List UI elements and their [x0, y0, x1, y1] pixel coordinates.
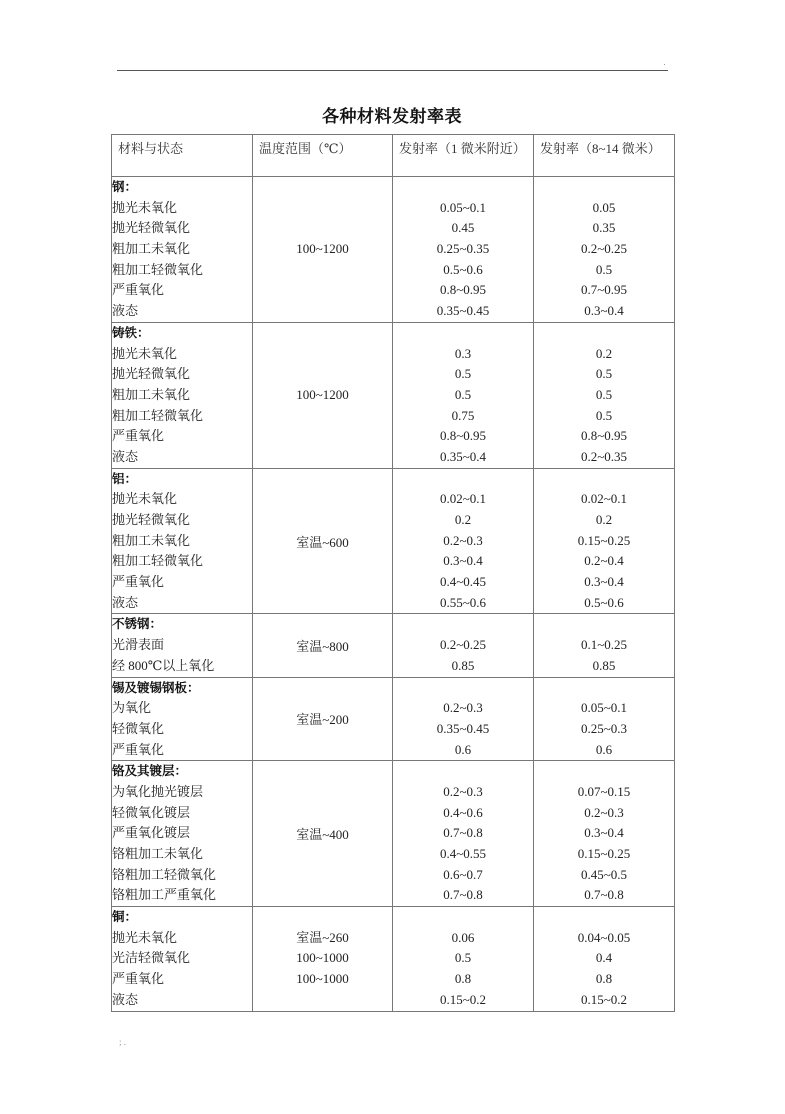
- material-group-row: 铸铁：抛光未氧化抛光轻微氧化粗加工未氧化粗加工轻微氧化严重氧化液态100~120…: [112, 322, 675, 468]
- emissivity-8-14um-value: 0.6: [534, 740, 674, 761]
- temperature-range: 100~1200: [253, 387, 392, 403]
- emissivity-8-14um-value: 0.3~0.4: [534, 301, 674, 322]
- spacer: [534, 761, 674, 782]
- emissivity-8-14um-value: 0.25~0.3: [534, 719, 674, 740]
- temperature-cell: 室温~600: [253, 468, 393, 614]
- temperature-range: 100~1000: [253, 969, 392, 990]
- material-state: 液态: [112, 593, 252, 614]
- material-state: 粗加工未氧化: [112, 239, 252, 260]
- material-state: 液态: [112, 447, 252, 468]
- material-state: 粗加工轻微氧化: [112, 406, 252, 427]
- spacer: [393, 907, 533, 928]
- spacer: [253, 907, 392, 928]
- material-state: 为氧化抛光镀层: [112, 782, 252, 803]
- emissivity-1um-value: 0.8: [393, 969, 533, 990]
- spacer: [393, 761, 533, 782]
- emissivity-1um-value: 0.2~0.25: [393, 635, 533, 656]
- emissivity-1um-value: 0.55~0.6: [393, 593, 533, 614]
- emissivity-8-14um-value: 0.2~0.4: [534, 551, 674, 572]
- material-state: 粗加工轻微氧化: [112, 260, 252, 281]
- emissivity-1um-value: 0.4~0.6: [393, 803, 533, 824]
- column-header-material: 材料与状态: [112, 135, 253, 177]
- emissivity-8-14um-value: 0.85: [534, 656, 674, 677]
- material-state-cell: 铬及其镀层：为氧化抛光镀层轻微氧化镀层严重氧化镀层铬粗加工未氧化铬粗加工轻微氧化…: [112, 761, 253, 907]
- spacer: [534, 323, 674, 344]
- material-state: 铬粗加工严重氧化: [112, 885, 252, 906]
- emissivity-8-14um-cell: 0.20.50.50.50.8~0.950.2~0.35: [534, 322, 675, 468]
- emissivity-1um-value: 0.75: [393, 406, 533, 427]
- emissivity-8-14um-value: 0.04~0.05: [534, 928, 674, 949]
- spacer: [393, 469, 533, 490]
- emissivity-8-14um-value: 0.15~0.25: [534, 531, 674, 552]
- emissivity-8-14um-value: 0.4: [534, 948, 674, 969]
- material-state: 严重氧化: [112, 280, 252, 301]
- emissivity-1um-cell: 0.2~0.30.4~0.60.7~0.80.4~0.550.6~0.70.7~…: [393, 761, 534, 907]
- emissivity-8-14um-value: 0.3~0.4: [534, 572, 674, 593]
- material-state: 为氧化: [112, 698, 252, 719]
- emissivity-1um-cell: 0.30.50.50.750.8~0.950.35~0.4: [393, 322, 534, 468]
- spacer: [534, 614, 674, 635]
- emissivity-1um-value: 0.06: [393, 928, 533, 949]
- emissivity-8-14um-cell: 0.07~0.150.2~0.30.3~0.40.15~0.250.45~0.5…: [534, 761, 675, 907]
- spacer: [393, 678, 533, 699]
- material-group-name: 锡及镀锡钢板：: [112, 678, 252, 699]
- material-group-row: 铝：抛光未氧化抛光轻微氧化粗加工未氧化粗加工轻微氧化严重氧化液态室温~600 0…: [112, 468, 675, 614]
- material-state-cell: 铸铁：抛光未氧化抛光轻微氧化粗加工未氧化粗加工轻微氧化严重氧化液态: [112, 322, 253, 468]
- material-state-cell: 不锈钢：光滑表面经 800℃以上氧化: [112, 614, 253, 677]
- material-state: 严重氧化镀层: [112, 823, 252, 844]
- material-group-row: 不锈钢：光滑表面经 800℃以上氧化室温~800 0.2~0.250.85 0.…: [112, 614, 675, 677]
- material-state: 抛光轻微氧化: [112, 218, 252, 239]
- column-header-emissivity-8-14um: 发射率（8~14 微米）: [534, 135, 675, 177]
- emissivity-8-14um-value: 0.3~0.4: [534, 823, 674, 844]
- temperature-cell: 室温~800: [253, 614, 393, 677]
- spacer: [393, 614, 533, 635]
- emissivity-1um-value: 0.15~0.2: [393, 990, 533, 1011]
- column-header-emissivity-1um: 发射率（1 微米附近）: [393, 135, 534, 177]
- emissivity-8-14um-value: 0.07~0.15: [534, 782, 674, 803]
- material-group-name: 钢：: [112, 177, 252, 198]
- emissivity-1um-value: 0.8~0.95: [393, 426, 533, 447]
- material-state: 严重氧化: [112, 740, 252, 761]
- material-group-name: 不锈钢：: [112, 614, 252, 635]
- temperature-cell: 100~1200: [253, 177, 393, 323]
- emissivity-8-14um-value: 0.5: [534, 385, 674, 406]
- emissivity-1um-value: 0.4~0.55: [393, 844, 533, 865]
- material-group-name: 铬及其镀层：: [112, 761, 252, 782]
- material-state: 粗加工未氧化: [112, 531, 252, 552]
- material-state: 抛光未氧化: [112, 489, 252, 510]
- emissivity-1um-value: 0.5: [393, 364, 533, 385]
- material-group-name: 铜：: [112, 907, 252, 928]
- emissivity-8-14um-value: 0.2: [534, 510, 674, 531]
- emissivity-1um-cell: 0.2~0.30.35~0.450.6: [393, 677, 534, 761]
- material-state: 粗加工轻微氧化: [112, 551, 252, 572]
- material-state: 严重氧化: [112, 572, 252, 593]
- emissivity-1um-value: 0.7~0.8: [393, 885, 533, 906]
- spacer: [393, 177, 533, 198]
- material-group-row: 铜：抛光未氧化光洁轻微氧化严重氧化液态 室温~260100~1000100~10…: [112, 907, 675, 1011]
- material-group-name: 铸铁：: [112, 323, 252, 344]
- emissivity-8-14um-value: 0.5~0.6: [534, 593, 674, 614]
- emissivity-1um-cell: 0.05~0.10.450.25~0.350.5~0.60.8~0.950.35…: [393, 177, 534, 323]
- emissivity-8-14um-value: 0.15~0.2: [534, 990, 674, 1011]
- emissivity-1um-value: 0.25~0.35: [393, 239, 533, 260]
- emissivity-1um-value: 0.8~0.95: [393, 280, 533, 301]
- emissivity-1um-value: 0.3: [393, 344, 533, 365]
- spacer: [534, 907, 674, 928]
- emissivity-8-14um-value: 0.5: [534, 260, 674, 281]
- temperature-range: 室温~600: [253, 532, 392, 551]
- emissivity-1um-cell: 0.02~0.10.20.2~0.30.3~0.40.4~0.450.55~0.…: [393, 468, 534, 614]
- material-group-row: 钢：抛光未氧化抛光轻微氧化粗加工未氧化粗加工轻微氧化严重氧化液态100~1200…: [112, 177, 675, 323]
- emissivity-8-14um-value: 0.5: [534, 406, 674, 427]
- material-state: 经 800℃以上氧化: [112, 656, 252, 677]
- emissivity-8-14um-value: 0.5: [534, 364, 674, 385]
- emissivity-1um-value: 0.2: [393, 510, 533, 531]
- material-group-row: 锡及镀锡钢板：为氧化轻微氧化严重氧化室温~200 0.2~0.30.35~0.4…: [112, 677, 675, 761]
- temperature-range: 室温~800: [253, 636, 392, 655]
- page-title: 各种材料发射率表: [111, 102, 673, 127]
- emissivity-1um-value: 0.5~0.6: [393, 260, 533, 281]
- emissivity-1um-value: 0.5: [393, 385, 533, 406]
- emissivity-8-14um-value: 0.35: [534, 218, 674, 239]
- emissivity-8-14um-value: 0.2~0.25: [534, 239, 674, 260]
- material-state-cell: 铝：抛光未氧化抛光轻微氧化粗加工未氧化粗加工轻微氧化严重氧化液态: [112, 468, 253, 614]
- emissivity-1um-value: 0.4~0.45: [393, 572, 533, 593]
- emissivity-1um-value: 0.2~0.3: [393, 531, 533, 552]
- material-state-cell: 铜：抛光未氧化光洁轻微氧化严重氧化液态: [112, 907, 253, 1011]
- material-state: 光洁轻微氧化: [112, 948, 252, 969]
- emissivity-1um-value: 0.5: [393, 948, 533, 969]
- material-state: 光滑表面: [112, 635, 252, 656]
- emissivity-8-14um-cell: 0.050.350.2~0.250.50.7~0.950.3~0.4: [534, 177, 675, 323]
- spacer: [534, 469, 674, 490]
- material-state: 抛光轻微氧化: [112, 364, 252, 385]
- material-state: 粗加工未氧化: [112, 385, 252, 406]
- footer-mark: ; .: [119, 1037, 126, 1047]
- temperature-cell: 室温~400: [253, 761, 393, 907]
- table-body: 钢：抛光未氧化抛光轻微氧化粗加工未氧化粗加工轻微氧化严重氧化液态100~1200…: [112, 177, 675, 1012]
- material-state: 铬粗加工轻微氧化: [112, 865, 252, 886]
- temperature-cell: 室温~200: [253, 677, 393, 761]
- temperature-range: 100~1000: [253, 948, 392, 969]
- emissivity-8-14um-value: 0.2~0.3: [534, 803, 674, 824]
- temperature-range: 室温~400: [253, 824, 392, 843]
- temperature-range: 室温~200: [253, 709, 392, 728]
- emissivity-8-14um-value: 0.05: [534, 198, 674, 219]
- emissivity-8-14um-value: 0.7~0.95: [534, 280, 674, 301]
- emissivity-8-14um-value: 0.15~0.25: [534, 844, 674, 865]
- material-state: 轻微氧化: [112, 719, 252, 740]
- temperature-cell: 100~1200: [253, 322, 393, 468]
- emissivity-1um-value: 0.2~0.3: [393, 698, 533, 719]
- emissivity-1um-value: 0.05~0.1: [393, 198, 533, 219]
- emissivity-1um-value: 0.35~0.45: [393, 301, 533, 322]
- emissivity-8-14um-value: 0.2~0.35: [534, 447, 674, 468]
- temperature-cell: 室温~260100~1000100~1000: [253, 907, 393, 1011]
- emissivity-8-14um-cell: 0.04~0.050.40.80.15~0.2: [534, 907, 675, 1011]
- emissivity-1um-value: 0.3~0.4: [393, 551, 533, 572]
- temperature-range: [253, 990, 392, 1011]
- emissivity-8-14um-value: 0.7~0.8: [534, 885, 674, 906]
- emissivity-1um-value: 0.35~0.4: [393, 447, 533, 468]
- emissivity-8-14um-value: 0.05~0.1: [534, 698, 674, 719]
- emissivity-8-14um-value: 0.8: [534, 969, 674, 990]
- spacer: [534, 177, 674, 198]
- emissivity-table: 材料与状态 温度范围（℃） 发射率（1 微米附近） 发射率（8~14 微米） 钢…: [111, 134, 675, 1012]
- emissivity-8-14um-cell: 0.1~0.250.85: [534, 614, 675, 677]
- temperature-range: 100~1200: [253, 241, 392, 257]
- emissivity-8-14um-value: 0.2: [534, 344, 674, 365]
- material-state: 抛光未氧化: [112, 198, 252, 219]
- column-header-temperature: 温度范围（℃）: [253, 135, 393, 177]
- material-state: 液态: [112, 301, 252, 322]
- material-state: 铬粗加工未氧化: [112, 844, 252, 865]
- emissivity-8-14um-value: 0.8~0.95: [534, 426, 674, 447]
- material-state: 严重氧化: [112, 426, 252, 447]
- temperature-range: 室温~260: [253, 928, 392, 949]
- table-header-row: 材料与状态 温度范围（℃） 发射率（1 微米附近） 发射率（8~14 微米）: [112, 135, 675, 177]
- emissivity-1um-value: 0.85: [393, 656, 533, 677]
- material-state-cell: 锡及镀锡钢板：为氧化轻微氧化严重氧化: [112, 677, 253, 761]
- material-group-name: 铝：: [112, 469, 252, 490]
- emissivity-1um-value: 0.45: [393, 218, 533, 239]
- material-state: 液态: [112, 990, 252, 1011]
- spacer: [534, 678, 674, 699]
- material-state-cell: 钢：抛光未氧化抛光轻微氧化粗加工未氧化粗加工轻微氧化严重氧化液态: [112, 177, 253, 323]
- material-state: 轻微氧化镀层: [112, 803, 252, 824]
- emissivity-8-14um-cell: 0.05~0.10.25~0.30.6: [534, 677, 675, 761]
- material-state: 抛光轻微氧化: [112, 510, 252, 531]
- material-state: 抛光未氧化: [112, 344, 252, 365]
- emissivity-8-14um-value: 0.45~0.5: [534, 865, 674, 886]
- material-state: 严重氧化: [112, 969, 252, 990]
- header-dot: [664, 64, 665, 65]
- emissivity-1um-value: 0.2~0.3: [393, 782, 533, 803]
- emissivity-1um-cell: 0.2~0.250.85: [393, 614, 534, 677]
- material-state: 抛光未氧化: [112, 928, 252, 949]
- emissivity-1um-value: 0.6~0.7: [393, 865, 533, 886]
- emissivity-1um-value: 0.35~0.45: [393, 719, 533, 740]
- header-rule: [117, 70, 668, 71]
- emissivity-1um-cell: 0.060.50.80.15~0.2: [393, 907, 534, 1011]
- emissivity-1um-value: 0.02~0.1: [393, 489, 533, 510]
- emissivity-8-14um-value: 0.02~0.1: [534, 489, 674, 510]
- emissivity-1um-value: 0.7~0.8: [393, 823, 533, 844]
- emissivity-8-14um-cell: 0.02~0.10.20.15~0.250.2~0.40.3~0.40.5~0.…: [534, 468, 675, 614]
- emissivity-1um-value: 0.6: [393, 740, 533, 761]
- spacer: [393, 323, 533, 344]
- emissivity-8-14um-value: 0.1~0.25: [534, 635, 674, 656]
- material-group-row: 铬及其镀层：为氧化抛光镀层轻微氧化镀层严重氧化镀层铬粗加工未氧化铬粗加工轻微氧化…: [112, 761, 675, 907]
